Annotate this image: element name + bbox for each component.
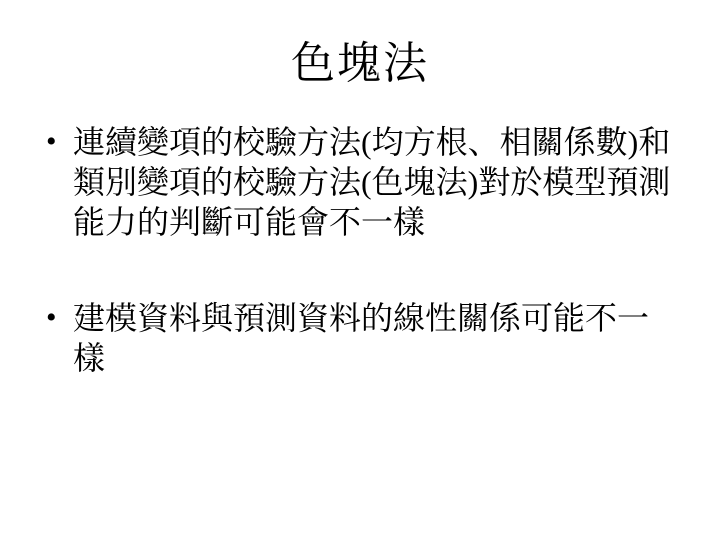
slide-title: 色塊法 bbox=[0, 38, 720, 90]
bullet-text-2: 建模資料與預測資料的線性關係可能不一樣 bbox=[73, 300, 649, 376]
slide-body: • 連續變項的校驗方法(均方根、相關係數)和類別變項的校驗方法(色塊法)對於模型… bbox=[46, 122, 680, 378]
bullet-item-2: • 建模資料與預測資料的線性關係可能不一樣 bbox=[46, 298, 680, 378]
bullet-icon: • bbox=[46, 298, 73, 338]
bullet-item-1: • 連續變項的校驗方法(均方根、相關係數)和類別變項的校驗方法(色塊法)對於模型… bbox=[46, 122, 680, 242]
bullet-text-1: 連續變項的校驗方法(均方根、相關係數)和類別變項的校驗方法(色塊法)對於模型預測… bbox=[73, 124, 670, 240]
bullet-icon: • bbox=[46, 122, 73, 162]
slide-canvas: 色塊法 • 連續變項的校驗方法(均方根、相關係數)和類別變項的校驗方法(色塊法)… bbox=[0, 0, 720, 540]
